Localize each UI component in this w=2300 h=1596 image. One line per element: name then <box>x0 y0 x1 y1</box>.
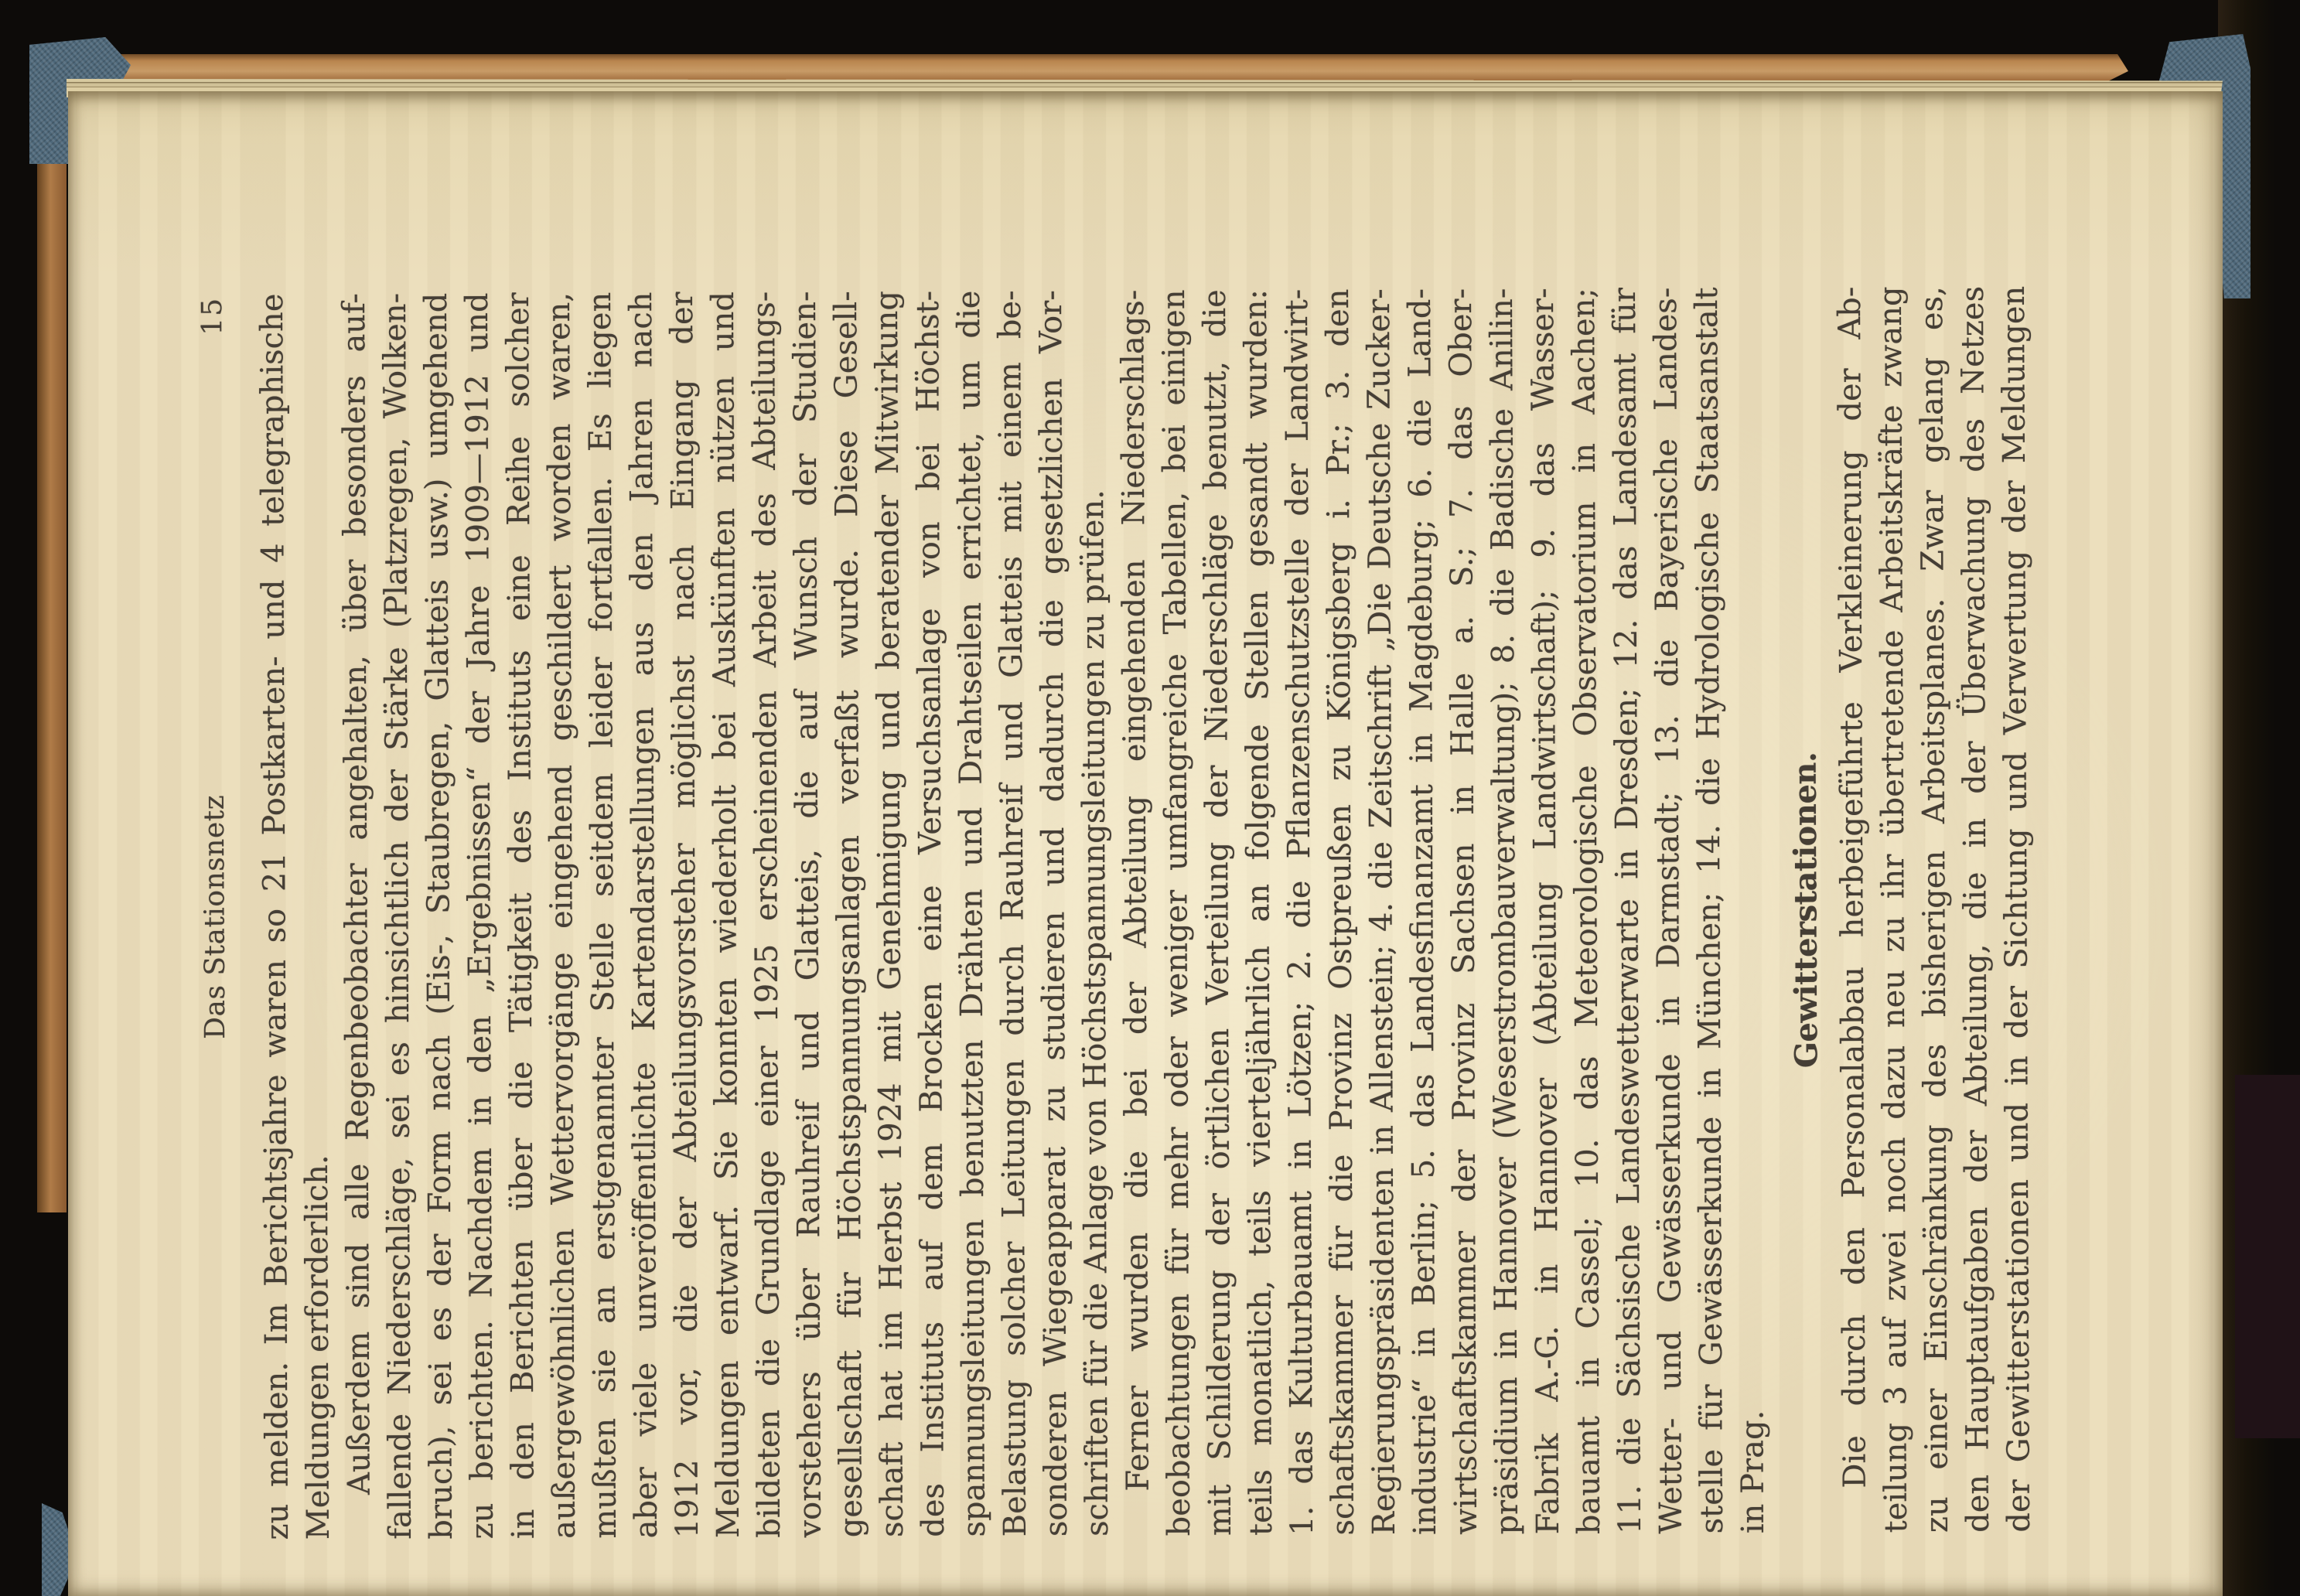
text-line: Fabrik A.-G. in Hannover (Abteilung Land… <box>1523 288 1569 1534</box>
text-line: zu einer Einschränkung des bisherigen Ar… <box>1912 286 1958 1533</box>
paragraph: zu melden. Im Berichtsjahre waren so 21 … <box>252 293 340 1540</box>
text-line: Wetter- und Gewässerkunde in Darmstadt; … <box>1646 288 1692 1534</box>
text-line: mit Schilderung der örtlichen Verteilung… <box>1195 289 1241 1536</box>
text-line: in den Berichten über die Tätigkeit des … <box>498 292 544 1539</box>
text-line: schaftskammer für die Provinz Ostpreußen… <box>1318 288 1364 1535</box>
text-line: Meldungen entwarf. Sie konnten wiederhol… <box>703 292 749 1538</box>
text-line: industrie“ in Berlin; 5. das Landesfinan… <box>1400 288 1446 1535</box>
text-line: zu berichten. Nachdem in den „Ergebnisse… <box>457 292 503 1539</box>
text-line: 1912 vor, die der Abteilungsvorsteher mö… <box>662 292 708 1538</box>
text-line: schriften für die Anlage von Höchstspann… <box>1072 290 1118 1536</box>
text-line: fallende Niederschläge, sei es hinsichtl… <box>375 293 421 1540</box>
text-line: 11. die Sächsische Landeswetterwarte in … <box>1605 288 1651 1534</box>
text-line: 1. das Kulturbauamt in Lötzen; 2. die Pf… <box>1277 289 1323 1536</box>
text-line: Ferner wurden die bei der Abteilung eing… <box>1113 290 1159 1536</box>
paragraph: Ferner wurden die bei der Abteilung eing… <box>1113 287 1774 1536</box>
paragraph: Die durch den Personalabbau herbeigeführ… <box>1830 286 2040 1533</box>
text-line: gesellschaft für Höchstspannungsanlagen … <box>826 291 872 1537</box>
text-line: beobachtungen für mehr oder weniger umfa… <box>1154 289 1200 1536</box>
paragraph: Außerdem sind alle Regenbeobachter angeh… <box>334 290 1118 1540</box>
page-content-rotated: Das Stationsnetz 15 zu melden. Im Berich… <box>192 286 2046 1540</box>
book-cover-left-edge <box>37 74 67 1212</box>
text-line: des Instituts auf dem Brocken eine Versu… <box>908 291 954 1537</box>
text-line: präsidium in Hannover (Weserstrombauverw… <box>1482 288 1528 1535</box>
text-line: aber viele unveröffentlichte Kartendarst… <box>621 292 667 1538</box>
page-number: 15 <box>192 297 234 336</box>
text-line: bauamt in Cassel; 10. das Meteorologisch… <box>1564 288 1610 1534</box>
text-line: bildeten die Grundlage einer 1925 ersche… <box>744 292 790 1538</box>
text-line: vorstehers über Rauhreif und Glatteis, d… <box>785 291 831 1537</box>
text-line: zu melden. Im Berichtsjahre waren so 21 … <box>252 293 299 1540</box>
scanned-book-photo: Das Stationsnetz 15 zu melden. Im Berich… <box>0 0 2300 1596</box>
text-line: in Prag. <box>1728 287 1774 1533</box>
section-heading: Gewitterstationen. <box>1783 287 1829 1533</box>
text-line: spannungsleitungen benutzten Drähten und… <box>949 291 995 1537</box>
running-header: Das Stationsnetz 15 <box>192 294 239 1540</box>
text-line: der Gewitterstationen und in der Sichtun… <box>1994 286 2040 1533</box>
text-line: stelle für Gewässerkunde in München; 14.… <box>1687 287 1733 1533</box>
text-line: Belastung solcher Leitungen durch Rauhre… <box>990 290 1036 1536</box>
text-line: Die durch den Personalabbau herbeigeführ… <box>1830 287 1876 1533</box>
text-line: sonderen Wiegeapparat zu studieren und d… <box>1031 290 1077 1536</box>
cover-back-patch <box>2235 1075 2300 1438</box>
text-line: außergewöhnlichen Wettervorgänge eingehe… <box>539 292 585 1539</box>
text-line: Regierungspräsidenten in Allenstein; 4. … <box>1359 288 1405 1535</box>
text-line: mußten sie an erstgenannter Stelle seitd… <box>580 292 626 1539</box>
text-line: teils monatlich, teils vierteljährlich a… <box>1236 289 1282 1536</box>
text-line: Außerdem sind alle Regenbeobachter angeh… <box>334 293 380 1540</box>
text-line: den Hauptaufgaben der Abteilung, die in … <box>1953 286 1999 1533</box>
running-header-title: Das Stationsnetz <box>199 795 231 1039</box>
text-line: schaft hat im Herbst 1924 mit Genehmigun… <box>867 291 913 1537</box>
page-text-blocks: zu melden. Im Berichtsjahre waren so 21 … <box>252 286 2040 1540</box>
text-line: wirtschaftskammer der Provinz Sachsen in… <box>1441 288 1487 1535</box>
text-line: bruch), sei es der Form nach (Eis-, Stau… <box>416 293 462 1540</box>
text-line: Meldungen erforderlich. <box>293 293 340 1540</box>
text-line: teilung 3 auf zwei noch dazu neu zu ihr … <box>1871 286 1917 1533</box>
